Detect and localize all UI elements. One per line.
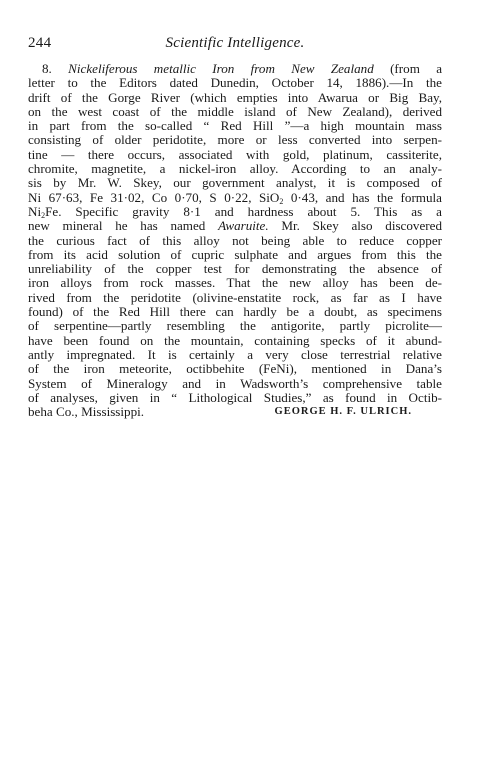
text-line: drift of the Gorge River (which empties … xyxy=(28,91,442,105)
text-line: the curious fact of this alloy not being… xyxy=(28,234,442,248)
text-line: found) of the Red Hill there can hardly … xyxy=(28,305,442,319)
page-header: 244 Scientific Intelligence. xyxy=(28,35,442,55)
text-line: rived from the peridotite (olivine-ensta… xyxy=(28,291,442,305)
text-line: Ni2Fe. Specific gravity 8·1 and hardness… xyxy=(28,205,442,219)
article-body: 8. Nickeliferous metallic Iron from New … xyxy=(28,62,442,419)
text-line: unreliability of the copper test for dem… xyxy=(28,262,442,276)
running-title: Scientific Intelligence. xyxy=(28,35,442,52)
article-number: 8. xyxy=(42,61,52,76)
mineral-name: Awaruite. xyxy=(218,218,269,233)
text-line: from its acid solution of cupric sulphat… xyxy=(28,248,442,262)
text-line: in part from the so-called “ Red Hill ”—… xyxy=(28,119,442,133)
text-line: have been found on the mountain, contain… xyxy=(28,334,442,348)
text-line: sis by Mr. W. Skey, our government analy… xyxy=(28,176,442,190)
text-line: of the iron meteorite, octibbehite (FeNi… xyxy=(28,362,442,376)
text-line: new mineral he has named Awaruite. Mr. S… xyxy=(28,219,442,233)
text-line: of serpentine—partly resembling the anti… xyxy=(28,319,442,333)
text-line: of analyses, given in “ Lithological Stu… xyxy=(28,391,442,405)
text-line: letter to the Editors dated Dunedin, Oct… xyxy=(28,76,442,90)
text-line: 8. Nickeliferous metallic Iron from New … xyxy=(28,62,442,76)
author-signature: GEORGE H. F. ULRICH. xyxy=(275,405,412,419)
article-title: Nickeliferous metallic Iron from New Zea… xyxy=(68,61,374,76)
text-line: iron alloys from rock masses. That the n… xyxy=(28,276,442,290)
text-line: tine — there occurs, associated with gol… xyxy=(28,148,442,162)
text-line: System of Mineralogy and in Wadsworth’s … xyxy=(28,377,442,391)
text-line: Ni 67·63, Fe 31·02, Co 0·70, S 0·22, SiO… xyxy=(28,191,442,205)
text-line: beha Co., Mississippi.GEORGE H. F. ULRIC… xyxy=(28,405,442,419)
text-line: chromite, magnetite, a nickel-iron alloy… xyxy=(28,162,442,176)
text-line: on the west coast of the middle island o… xyxy=(28,105,442,119)
text-line: antly impregnated. It is certainly a ver… xyxy=(28,348,442,362)
text-line: consisting of older peridotite, more or … xyxy=(28,133,442,147)
